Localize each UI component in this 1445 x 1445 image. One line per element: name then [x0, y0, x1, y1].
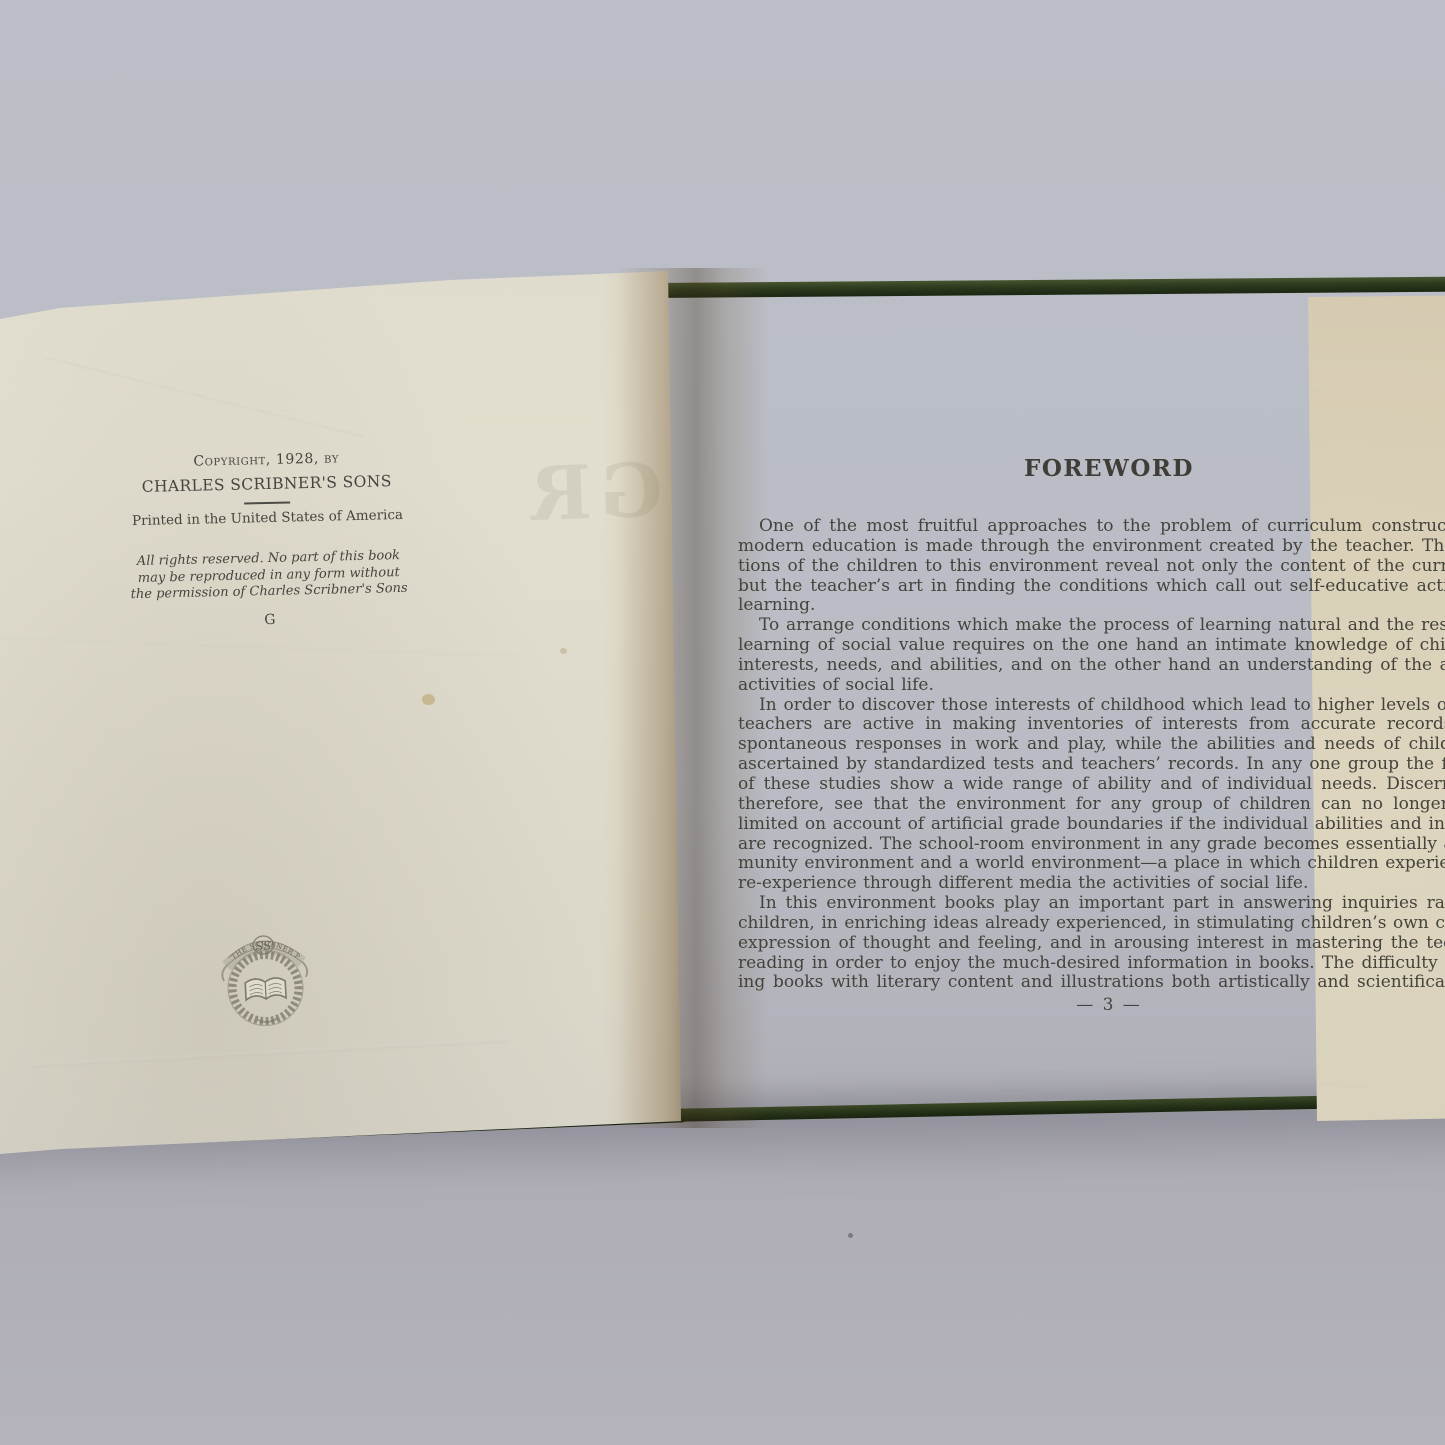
page-crease — [45, 355, 366, 437]
text-line: spontaneous responses in work and play, … — [738, 735, 1445, 755]
printer-key: G — [120, 608, 420, 631]
paper-stain — [560, 648, 567, 654]
ghost-showthrough-text: GR — [521, 448, 665, 539]
text-line: teachers are active in making inventorie… — [738, 715, 1445, 735]
text-line: munity environment and a world environme… — [738, 854, 1445, 874]
text-line: interests, needs, and abilities, and on … — [738, 656, 1445, 676]
text-line: re-experience through different media th… — [738, 874, 1445, 894]
text-line: One of the most fruitful approaches to t… — [738, 517, 1445, 537]
page-number: — 3 — — [738, 995, 1445, 1015]
text-line: In this environment books play an import… — [738, 894, 1445, 914]
copyright-block: Copyright, 1928, by CHARLES SCRIBNER'S S… — [116, 449, 420, 631]
page-crease — [30, 1039, 509, 1066]
text-line: learning of social value requires on the… — [738, 636, 1445, 656]
book-cover-edge-top — [652, 277, 1445, 298]
ribbon-left — [222, 966, 227, 981]
publisher-name: CHARLES SCRIBNER'S SONS — [117, 472, 417, 497]
text-line: expression of thought and feeling, and i… — [738, 934, 1445, 954]
text-line: children, in enriching ideas already exp… — [738, 914, 1445, 934]
text-line: therefore, see that the environment for … — [738, 795, 1445, 815]
text-line: tions of the children to this environmen… — [738, 557, 1445, 577]
left-page: GR Copyright, 1928, by CHARLES SCRIBNER'… — [0, 0, 700, 1200]
body-text: One of the most fruitful approaches to t… — [738, 517, 1445, 993]
page-title: FOREWORD — [738, 455, 1445, 482]
text-line: but the teacher’s art in finding the con… — [738, 577, 1445, 597]
text-line: modern education is made through the env… — [738, 537, 1445, 557]
text-line: reading in order to enjoy the much-desir… — [738, 954, 1445, 974]
text-line: limited on account of artificial grade b… — [738, 815, 1445, 835]
copyright-line: Copyright, 1928, by — [116, 449, 416, 472]
text-line: learning. — [738, 596, 1445, 616]
text-line: are recognized. The school-room environm… — [738, 835, 1445, 855]
scribner-press-emblem: SS THE SCRIBNER PRESS — [209, 917, 321, 1038]
divider-rule — [244, 501, 290, 504]
text-line: of these studies show a wide range of ab… — [738, 775, 1445, 795]
ribbon-right — [302, 962, 307, 977]
text-line: In order to discover those interests of … — [738, 696, 1445, 716]
page-crease — [1071, 1054, 1370, 1087]
rights-notice: All rights reserved. No part of this boo… — [118, 548, 419, 604]
text-line: To arrange conditions which make the pro… — [738, 616, 1445, 636]
text-line: ing books with literary content and illu… — [738, 973, 1445, 993]
wall-speck — [848, 1233, 853, 1238]
page-crease — [901, 352, 1320, 391]
background-wall: GR Copyright, 1928, by CHARLES SCRIBNER'… — [0, 0, 1445, 1445]
page-crease — [0, 636, 520, 656]
text-line: ascertained by standardized tests and te… — [738, 755, 1445, 775]
page-crease — [741, 1028, 1120, 1063]
printed-in-line: Printed in the United States of America — [117, 507, 417, 530]
text-line: activities of social life. — [738, 676, 1445, 696]
paper-stain — [422, 694, 435, 705]
